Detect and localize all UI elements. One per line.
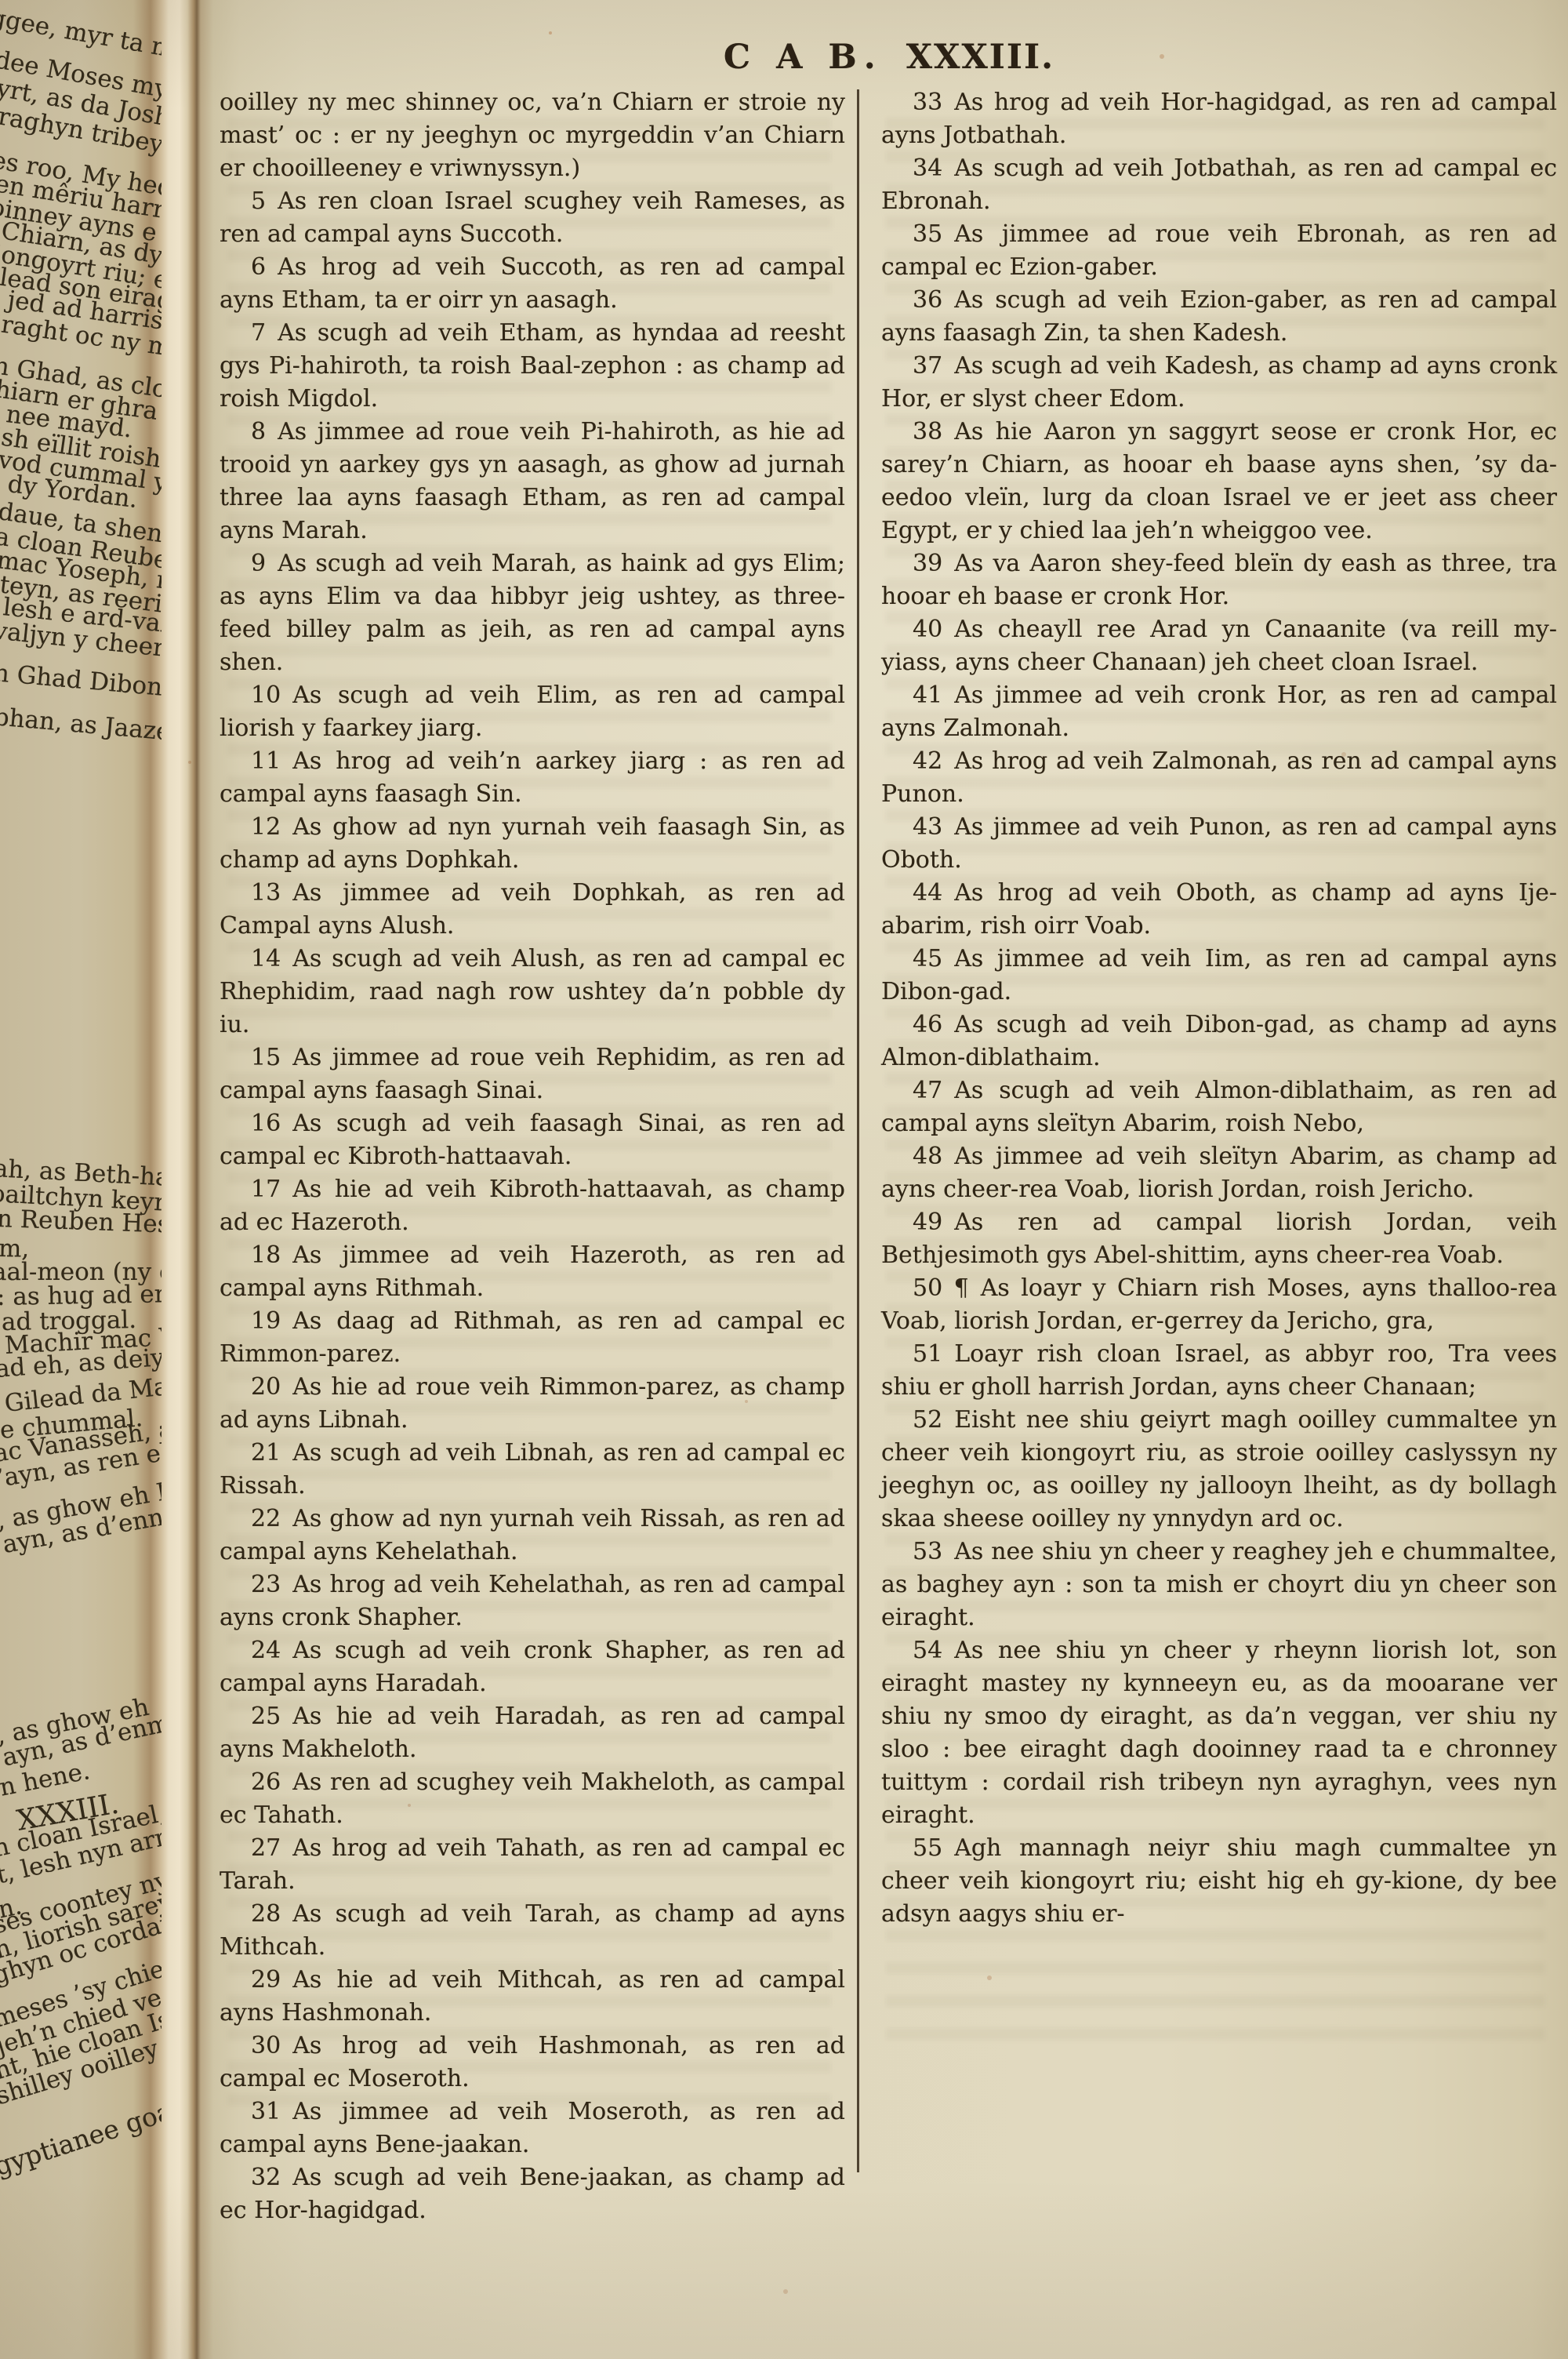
- verse-number: 17: [251, 1176, 281, 1203]
- verse-number: 30: [251, 2032, 281, 2059]
- verse-number: 49: [913, 1209, 942, 1236]
- verse-paragraph: 27As hrog ad veih Tahath, as ren ad camp…: [220, 1832, 845, 1898]
- verse-paragraph: 5As ren cloan Israel scughey veih Ramese…: [220, 185, 845, 251]
- verse-paragraph: 39As va Aaron shey-feed bleïn dy eash as…: [881, 547, 1557, 613]
- verse-paragraph: 47As scugh ad veih Almon-diblathaim, as …: [881, 1074, 1557, 1140]
- verse-number: 18: [251, 1241, 281, 1269]
- verse-number: 46: [913, 1011, 942, 1038]
- verse-paragraph: 26As ren ad scughey veih Makheloth, as c…: [220, 1766, 845, 1832]
- verse-paragraph: 41As jimmee ad veih cronk Hor, as ren ad…: [881, 679, 1557, 745]
- verse-text: As hrog ad veih Hashmonah, as ren ad cam…: [220, 2032, 845, 2092]
- verse-text: As scugh ad veih Libnah, as ren ad campa…: [220, 1439, 845, 1499]
- verse-text: As scugh ad veih Alush, as ren ad campal…: [220, 945, 845, 1038]
- foxing-specks: [549, 31, 552, 35]
- column-divider-rule: [857, 89, 859, 2172]
- verse-number: 7: [251, 319, 266, 347]
- page-edge-text-fragment: n Ghad Dibon,: [0, 659, 162, 703]
- verse-number: 25: [251, 1703, 281, 1730]
- verse-text: As hie ad veih Mithcah, as ren ad campal…: [220, 1966, 845, 2026]
- verse-paragraph: 24As scugh ad veih cronk Shapher, as ren…: [220, 1634, 845, 1700]
- verse-text: As jimmee ad roue veih Pi-hahiroth, as h…: [220, 418, 845, 544]
- verse-text: As ghow ad nyn yurnah veih Rissah, as re…: [220, 1505, 845, 1565]
- verse-text: As hrog ad veih Oboth, as champ ad ayns …: [881, 879, 1557, 940]
- verse-text: Eisht nee shiu geiyrt magh ooilley cumma…: [881, 1406, 1557, 1532]
- verse-text: As nee shiu yn cheer y reaghey jeh e chu…: [881, 1538, 1557, 1631]
- verse-text: As jimmee ad veih Moseroth, as ren ad ca…: [220, 2098, 845, 2158]
- right-verse-list: 33As hrog ad veih Hor-hagidgad, as ren a…: [881, 86, 1557, 1931]
- verse-text: As scugh ad veih Ezion-gaber, as ren ad …: [881, 286, 1557, 347]
- verse-number: 34: [913, 154, 942, 182]
- verse-paragraph: 28As scugh ad veih Tarah, as champ ad ay…: [220, 1898, 845, 1964]
- verse-number: 36: [913, 286, 942, 314]
- verse-paragraph: 12As ghow ad nyn yurnah veih faasagh Sin…: [220, 811, 845, 877]
- verse-number: 37: [913, 352, 942, 380]
- verse-text: As scugh ad veih Jotbathah, as ren ad ca…: [881, 154, 1557, 215]
- verse-number: 14: [251, 945, 281, 972]
- verse-number: 51: [913, 1340, 942, 1368]
- verse-number: 16: [251, 1110, 281, 1137]
- verse-paragraph: 29As hie ad veih Mithcah, as ren ad camp…: [220, 1964, 845, 2030]
- right-text-column: 33As hrog ad veih Hor-hagidgad, as ren a…: [881, 86, 1557, 1931]
- main-page: C A B.XXXIII. ooilley ny mec shinney oc,…: [194, 0, 1568, 2359]
- verse-paragraph: 32As scugh ad veih Bene-jaakan, as champ…: [220, 2161, 845, 2227]
- verse-number: 26: [251, 1768, 281, 1796]
- verse-number: 55: [913, 1834, 942, 1862]
- verse-text: As ren cloan Israel scughey veih Rameses…: [220, 187, 845, 248]
- verse-text: As hie ad roue veih Rimmon-parez, as cha…: [220, 1373, 845, 1434]
- verse-text: As scugh ad veih Tarah, as champ ad ayns…: [220, 1900, 845, 1961]
- verse-paragraph: 51Loayr rish cloan Israel, as abbyr roo,…: [881, 1338, 1557, 1404]
- verse-paragraph: 23As hrog ad veih Kehelathah, as ren ad …: [220, 1568, 845, 1634]
- verse-text: Loayr rish cloan Israel, as abbyr roo, T…: [881, 1340, 1557, 1401]
- verse-text: Agh mannagh neiyr shiu magh cummaltee yn…: [881, 1834, 1557, 1928]
- verse-text: As jimmee ad veih Punon, as ren ad campa…: [881, 813, 1557, 874]
- verse-text: As scugh ad veih Marah, as haink ad gys …: [220, 550, 845, 676]
- verse-paragraph: 36As scugh ad veih Ezion-gaber, as ren a…: [881, 284, 1557, 350]
- verse-number: 45: [913, 945, 942, 972]
- verse-paragraph: 15As jimmee ad roue veih Rephidim, as re…: [220, 1041, 845, 1107]
- verse-paragraph: 42As hrog ad veih Zalmonah, as ren ad ca…: [881, 745, 1557, 811]
- verse-text: As hrog ad veih Kehelathah, as ren ad ca…: [220, 1571, 845, 1631]
- verse-text: As hie Aaron yn saggyrt seose er cronk H…: [881, 418, 1557, 544]
- verse-paragraph: 54As nee shiu yn cheer y rheynn liorish …: [881, 1634, 1557, 1832]
- verse-number: 54: [913, 1637, 942, 1664]
- verse-paragraph: 7As scugh ad veih Etham, as hyndaa ad re…: [220, 317, 845, 416]
- verse-paragraph: 9As scugh ad veih Marah, as haink ad gys…: [220, 547, 845, 679]
- verse-number: 52: [913, 1406, 942, 1434]
- verse-number: 10: [251, 682, 281, 709]
- verse-text: As nee shiu yn cheer y rheynn liorish lo…: [881, 1637, 1557, 1829]
- continuation-paragraph: ooilley ny mec shinney oc, va’n Chiarn e…: [220, 86, 845, 185]
- verse-paragraph: 11As hrog ad veih’n aarkey jiarg : as re…: [220, 745, 845, 811]
- verse-paragraph: 40As cheayll ree Arad yn Canaanite (va r…: [881, 613, 1557, 679]
- verse-number: 48: [913, 1143, 942, 1170]
- verse-paragraph: 6As hrog ad veih Succoth, as ren ad camp…: [220, 251, 845, 317]
- verse-number: 21: [251, 1439, 281, 1467]
- verse-paragraph: 49As ren ad campal liorish Jordan, veih …: [881, 1206, 1557, 1272]
- verse-number: 9: [251, 550, 266, 577]
- verse-paragraph: 34As scugh ad veih Jotbathah, as ren ad …: [881, 152, 1557, 218]
- verse-number: 40: [913, 616, 942, 643]
- verse-paragraph: 53As nee shiu yn cheer y reaghey jeh e c…: [881, 1536, 1557, 1634]
- verse-number: 39: [913, 550, 942, 577]
- previous-page-edge: ggee, myr ta mydee Moses mydyrt, as da J…: [0, 0, 162, 2359]
- verse-number: 11: [251, 747, 281, 775]
- verse-paragraph: 8As jimmee ad roue veih Pi-hahiroth, as …: [220, 416, 845, 547]
- verse-paragraph: 31As jimmee ad veih Moseroth, as ren ad …: [220, 2095, 845, 2161]
- verse-paragraph: 20As hie ad roue veih Rimmon-parez, as c…: [220, 1371, 845, 1437]
- verse-paragraph: 19As daag ad Rithmah, as ren ad campal e…: [220, 1305, 845, 1371]
- verse-paragraph: 55Agh mannagh neiyr shiu magh cummaltee …: [881, 1832, 1557, 1931]
- verse-paragraph: 30As hrog ad veih Hashmonah, as ren ad c…: [220, 2030, 845, 2095]
- verse-text: As scugh ad veih Almon-diblathaim, as re…: [881, 1077, 1557, 1137]
- verse-text: As scugh ad veih Etham, as hyndaa ad ree…: [220, 319, 845, 413]
- verse-number: 12: [251, 813, 281, 841]
- verse-number: 23: [251, 1571, 281, 1598]
- verse-paragraph: 38As hie Aaron yn saggyrt seose er cronk…: [881, 416, 1557, 547]
- verse-paragraph: 18As jimmee ad veih Hazeroth, as ren ad …: [220, 1239, 845, 1305]
- verse-number: 6: [251, 253, 266, 281]
- verse-text: As daag ad Rithmah, as ren ad campal ec …: [220, 1307, 845, 1368]
- verse-paragraph: 17As hie ad veih Kibroth-hattaavah, as c…: [220, 1173, 845, 1239]
- verse-number: 31: [251, 2098, 281, 2125]
- verse-text: ooilley ny mec shinney oc, va’n Chiarn e…: [220, 89, 845, 182]
- verse-text: As hrog ad veih’n aarkey jiarg : as ren …: [220, 747, 845, 808]
- verse-number: 41: [913, 682, 942, 709]
- verse-text: As ghow ad nyn yurnah veih faasagh Sin, …: [220, 813, 845, 874]
- verse-text: As jimmee ad roue veih Ebronah, as ren a…: [881, 220, 1557, 281]
- verse-number: 24: [251, 1637, 281, 1664]
- verse-number: 47: [913, 1077, 942, 1104]
- verse-text: As hrog ad veih Hor-hagidgad, as ren ad …: [881, 89, 1557, 149]
- verse-text: As hrog ad veih Succoth, as ren ad campa…: [220, 253, 845, 314]
- verse-paragraph: 48As jimmee ad veih sleïtyn Abarim, as c…: [881, 1140, 1557, 1206]
- verse-number: 22: [251, 1505, 281, 1532]
- verse-number: 5: [251, 187, 266, 215]
- verse-paragraph: 21As scugh ad veih Libnah, as ren ad cam…: [220, 1437, 845, 1503]
- verse-text: As scugh ad veih faasagh Sinai, as ren a…: [220, 1110, 845, 1170]
- verse-paragraph: 14As scugh ad veih Alush, as ren ad camp…: [220, 943, 845, 1041]
- verse-paragraph: 46As scugh ad veih Dibon-gad, as champ a…: [881, 1009, 1557, 1074]
- verse-number: 43: [913, 813, 942, 841]
- chapter-number: XXXIII.: [906, 38, 1054, 77]
- scanned-book-page: ggee, myr ta mydee Moses mydyrt, as da J…: [0, 0, 1568, 2359]
- verse-paragraph: 50 ¶As loayr y Chiarn rish Moses, ayns t…: [881, 1272, 1557, 1338]
- verse-text: As jimmee ad veih Iim, as ren ad campal …: [881, 945, 1557, 1005]
- verse-number: 15: [251, 1044, 281, 1071]
- verse-text: As hrog ad veih Tahath, as ren ad campal…: [220, 1834, 845, 1895]
- left-verse-list: 5As ren cloan Israel scughey veih Ramese…: [220, 185, 845, 2227]
- verse-number: 28: [251, 1900, 281, 1928]
- verse-number: 53: [913, 1538, 942, 1565]
- verse-text: As loayr y Chiarn rish Moses, ayns thall…: [881, 1274, 1557, 1335]
- verse-paragraph: 43As jimmee ad veih Punon, as ren ad cam…: [881, 811, 1557, 877]
- verse-text: As va Aaron shey-feed bleïn dy eash as t…: [881, 550, 1557, 610]
- verse-text: As scugh ad veih Bene-jaakan, as champ a…: [220, 2164, 845, 2224]
- verse-number: 27: [251, 1834, 281, 1862]
- verse-paragraph: 13As jimmee ad veih Dophkah, as ren ad C…: [220, 877, 845, 943]
- verse-text: As hrog ad veih Zalmonah, as ren ad camp…: [881, 747, 1557, 808]
- verse-number: 13: [251, 879, 281, 907]
- verse-number: 8: [251, 418, 266, 445]
- verse-text: As cheayll ree Arad yn Canaanite (va rei…: [881, 616, 1557, 676]
- verse-text: As scugh ad veih Dibon-gad, as champ ad …: [881, 1011, 1557, 1071]
- verse-number: 38: [913, 418, 942, 445]
- verse-paragraph: 10As scugh ad veih Elim, as ren ad campa…: [220, 679, 845, 745]
- verse-paragraph: 33As hrog ad veih Hor-hagidgad, as ren a…: [881, 86, 1557, 152]
- verse-paragraph: 25As hie ad veih Haradah, as ren ad camp…: [220, 1700, 845, 1766]
- chapter-label: C A B.: [724, 38, 883, 77]
- verse-text: As ren ad scughey veih Makheloth, as cam…: [220, 1768, 845, 1829]
- verse-number: 32: [251, 2164, 281, 2191]
- verse-text: As jimmee ad veih cronk Hor, as ren ad c…: [881, 682, 1557, 742]
- verse-number: 35: [913, 220, 942, 248]
- page-edge-text-fragment: gyptianee goan: [0, 2091, 162, 2183]
- verse-paragraph: 22As ghow ad nyn yurnah veih Rissah, as …: [220, 1503, 845, 1568]
- verse-number: 42: [913, 747, 942, 775]
- verse-text: As ren ad campal liorish Jordan, veih Be…: [881, 1209, 1557, 1269]
- verse-text: As jimmee ad roue veih Rephidim, as ren …: [220, 1044, 845, 1104]
- verse-paragraph: 44As hrog ad veih Oboth, as champ ad ayn…: [881, 877, 1557, 943]
- verse-text: As scugh ad veih Elim, as ren ad campal …: [220, 682, 845, 742]
- left-text-column: ooilley ny mec shinney oc, va’n Chiarn e…: [220, 86, 845, 2227]
- verse-number: 50 ¶: [913, 1274, 969, 1302]
- verse-paragraph: 37As scugh ad veih Kadesh, as champ ad a…: [881, 350, 1557, 416]
- verse-text: As jimmee ad veih Hazeroth, as ren ad ca…: [220, 1241, 845, 1302]
- verse-number: 19: [251, 1307, 281, 1335]
- verse-text: As scugh ad veih cronk Shapher, as ren a…: [220, 1637, 845, 1697]
- verse-number: 44: [913, 879, 942, 907]
- verse-text: As scugh ad veih Kadesh, as champ ad ayn…: [881, 352, 1557, 413]
- verse-number: 33: [913, 89, 942, 116]
- verse-text: As jimmee ad veih sleïtyn Abarim, as cha…: [881, 1143, 1557, 1203]
- verse-paragraph: 52Eisht nee shiu geiyrt magh ooilley cum…: [881, 1404, 1557, 1536]
- verse-paragraph: 16As scugh ad veih faasagh Sinai, as ren…: [220, 1107, 845, 1173]
- verse-number: 20: [251, 1373, 281, 1401]
- verse-paragraph: 35As jimmee ad roue veih Ebronah, as ren…: [881, 218, 1557, 284]
- page-edge-text-fragment: phan, as Jaazer: [0, 703, 162, 747]
- verse-text: As jimmee ad veih Dophkah, as ren ad Cam…: [220, 879, 845, 940]
- verse-number: 29: [251, 1966, 281, 1994]
- chapter-heading: C A B.XXXIII.: [218, 38, 1560, 77]
- verse-text: As hie ad veih Kibroth-hattaavah, as cha…: [220, 1176, 845, 1236]
- verse-paragraph: 45As jimmee ad veih Iim, as ren ad campa…: [881, 943, 1557, 1009]
- verse-text: As hie ad veih Haradah, as ren ad campal…: [220, 1703, 845, 1763]
